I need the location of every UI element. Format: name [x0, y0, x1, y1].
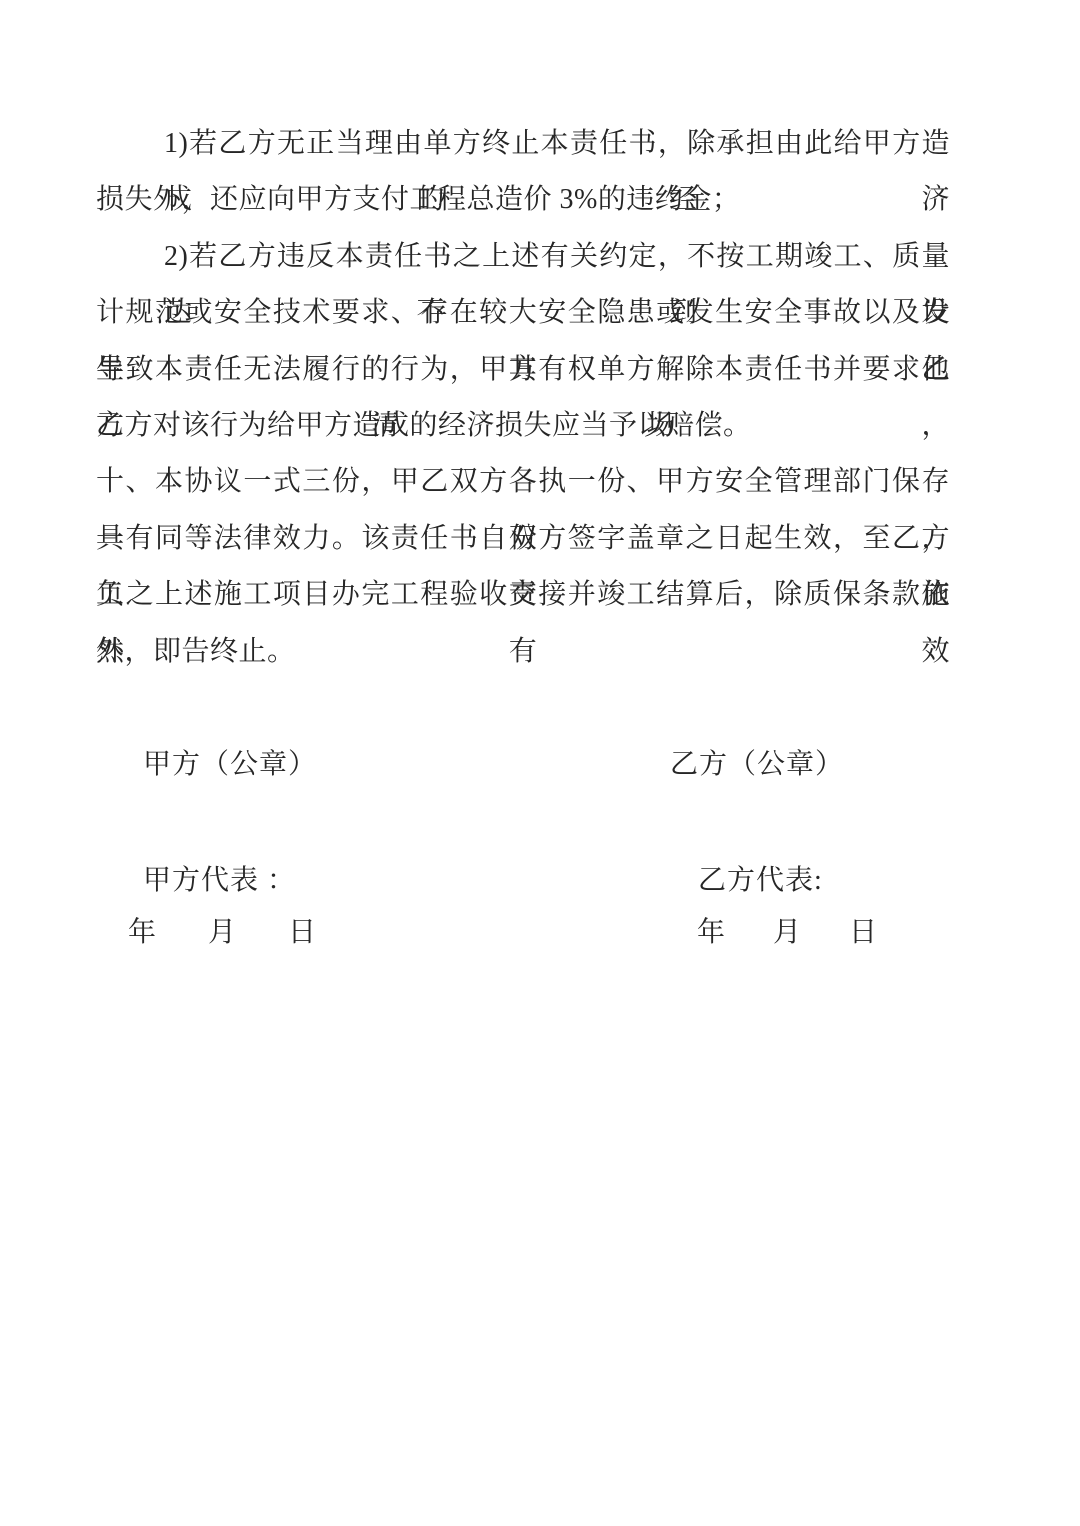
party-b-year-label: 年: [697, 916, 725, 950]
contract-document-page: 1)若乙方无正当理由单方终止本责任书，除承担由此给甲方造成的经济损失外，还应向甲…: [0, 0, 1080, 1526]
party-a-month-label: 月: [208, 916, 236, 950]
document-body: 1)若乙方无正当理由单方终止本责任书，除承担由此给甲方造成的经济损失外，还应向甲…: [96, 116, 950, 680]
document-line: 导致本责任无法履行的行为，甲方有权单方解除本责任书并要求乙方清场，: [96, 342, 950, 398]
document-line: 2)若乙方违反本责任书之上述有关约定，不按工期竣工、质量达不到设: [96, 229, 950, 285]
party-b-day-label: 日: [849, 916, 877, 950]
party-a-year-label: 年: [128, 916, 156, 950]
party-a-representative-label: 甲方代表 ：: [143, 864, 296, 898]
document-line: 工之上述施工项目办完工程验收交接并竣工结算后，除质保条款依然有效: [96, 567, 950, 623]
party-b-date-line: 年 月 日: [697, 916, 877, 950]
party-a-seal-label: 甲方（公章）: [143, 748, 317, 782]
document-line: 1)若乙方无正当理由单方终止本责任书，除承担由此给甲方造成的经济: [96, 116, 950, 172]
document-line: 十、本协议一式三份，甲乙双方各执一份、甲方安全管理部门保存一份，: [96, 454, 950, 510]
party-a-date-line: 年 月 日: [128, 916, 316, 950]
party-b-seal-label: 乙方（公章）: [670, 748, 844, 782]
party-a-day-label: 日: [288, 916, 316, 950]
party-b-month-label: 月: [773, 916, 801, 950]
document-line: 计规范或安全技术要求、存在较大安全隐患或发生安全事故以及发生其他: [96, 285, 950, 341]
document-line: 具有同等法律效力。该责任书自双方签字盖章之日起生效，至乙方负责施: [96, 511, 950, 567]
party-b-representative-label: 乙方代表:: [698, 864, 823, 898]
